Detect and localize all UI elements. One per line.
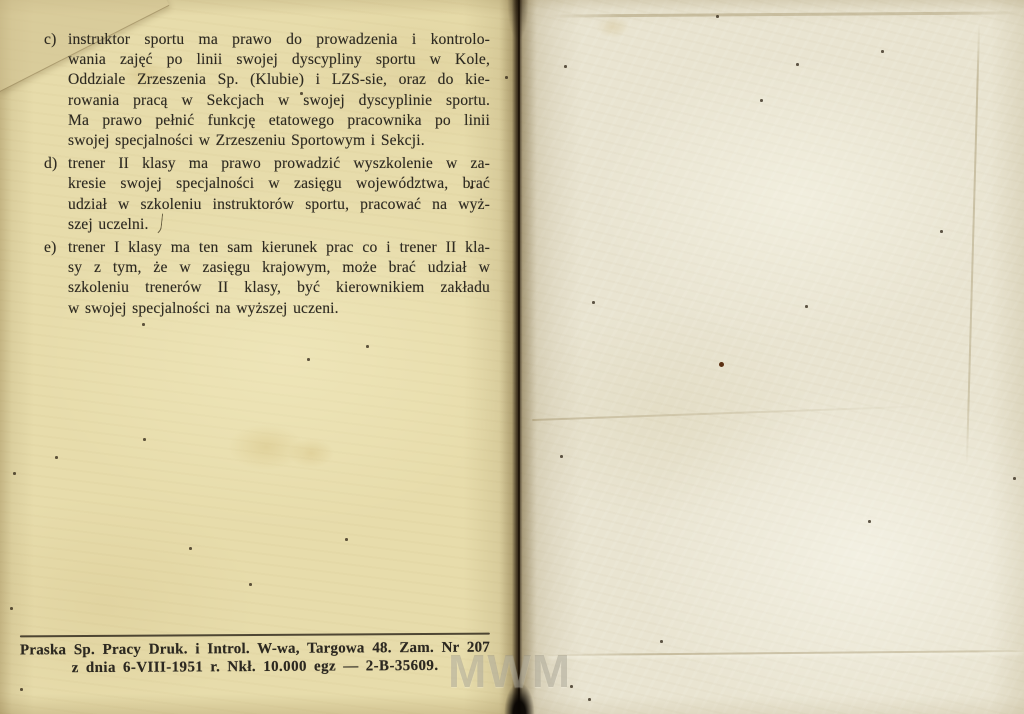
museum-watermark: MWM xyxy=(448,648,571,694)
paper-speck xyxy=(940,230,943,233)
paper-speck xyxy=(13,472,16,475)
paper-speck xyxy=(796,63,799,66)
paper-speck xyxy=(345,538,348,541)
paper-speck xyxy=(592,301,595,304)
paper-speck xyxy=(716,15,719,18)
printer-imprint: Praska Sp. Pracy Druk. i Introl. W-wa, T… xyxy=(20,633,490,678)
paper-crease xyxy=(966,24,980,464)
paper-speck xyxy=(189,547,192,550)
paragraph-lines: trener I klasy ma ten sam kierunek prac … xyxy=(68,238,490,319)
scanned-booklet-spread: c)instruktor sportu ma prawo do prowadze… xyxy=(0,0,1024,714)
paper-speck xyxy=(55,456,58,459)
paper-speck xyxy=(505,76,508,79)
text-line: instruktor sportu ma prawo do prowadzeni… xyxy=(68,30,490,50)
paper-speck xyxy=(470,186,473,189)
paper-speck xyxy=(660,640,663,643)
text-line: w swojej specjalności na wyższej uczeni. xyxy=(68,299,490,319)
text-line: trener I klasy ma ten sam kierunek prac … xyxy=(68,238,490,258)
text-line: Oddziale Zrzeszenia Sp. (Klubie) i LZS-s… xyxy=(68,70,490,90)
paper-speck xyxy=(760,99,763,102)
paragraph-label: c) xyxy=(44,30,68,151)
paper-speck xyxy=(307,358,310,361)
text-line: Ma prawo pełnić funkcję etatowego pracow… xyxy=(68,111,490,131)
paper-crease xyxy=(532,405,932,421)
paper-speck xyxy=(588,698,591,701)
imprint-line-1: Praska Sp. Pracy Druk. i Introl. W-wa, T… xyxy=(20,640,490,660)
binding-gutter xyxy=(499,0,537,714)
paper-stain xyxy=(288,438,334,468)
paragraph-label: d) xyxy=(44,154,68,235)
paragraph-lines: instruktor sportu ma prawo do prowadzeni… xyxy=(68,30,490,151)
paper-crease xyxy=(548,650,1024,656)
paper-speck xyxy=(719,362,724,367)
binding-gutter-shadow-top xyxy=(505,0,531,60)
paper-speck xyxy=(143,438,146,441)
paper-speck xyxy=(20,688,23,691)
text-line: wania zajęć po linii swojej dyscypliny s… xyxy=(68,50,490,70)
paragraph: e)trener I klasy ma ten sam kierunek pra… xyxy=(44,238,490,319)
text-line: kresie swojej specjalności w zasięgu woj… xyxy=(68,174,490,194)
text-line: szkoleniu trenerów II klasy, być kierown… xyxy=(68,278,490,298)
paper-speck xyxy=(868,520,871,523)
text-line: trener II klasy ma prawo prowadzić wyszk… xyxy=(68,154,490,174)
booklet-right-page-blank xyxy=(520,0,1024,714)
paper-stain xyxy=(596,16,630,38)
paper-speck xyxy=(300,92,303,95)
text-block: c)instruktor sportu ma prawo do prowadze… xyxy=(44,30,490,322)
paper-speck xyxy=(366,345,369,348)
paper-speck xyxy=(10,607,13,610)
paragraph-label: e) xyxy=(44,238,68,319)
text-line: szej uczelni. xyxy=(68,215,490,235)
paper-speck xyxy=(881,50,884,53)
paper-speck xyxy=(1013,477,1016,480)
paper-speck xyxy=(249,583,252,586)
text-line: sy z tym, że w zasięgu krajowym, może br… xyxy=(68,258,490,278)
text-line: udział w szkoleniu instruktorów sportu, … xyxy=(68,195,490,215)
paper-speck xyxy=(564,65,567,68)
text-line: rowania pracą w Sekcjach w swojej dyscyp… xyxy=(68,91,490,111)
paper-speck xyxy=(805,305,808,308)
paragraph: c)instruktor sportu ma prawo do prowadze… xyxy=(44,30,490,151)
paragraph: d)trener II klasy ma prawo prowadzić wys… xyxy=(44,154,490,235)
paper-speck xyxy=(142,323,145,326)
paper-speck xyxy=(560,455,563,458)
paragraph-lines: trener II klasy ma prawo prowadzić wyszk… xyxy=(68,154,490,235)
text-line: swojej specjalności w Zrzeszeniu Sportow… xyxy=(68,131,490,151)
imprint-line-2: z dnia 6-VIII-1951 r. Nkł. 10.000 egz — … xyxy=(20,658,490,678)
